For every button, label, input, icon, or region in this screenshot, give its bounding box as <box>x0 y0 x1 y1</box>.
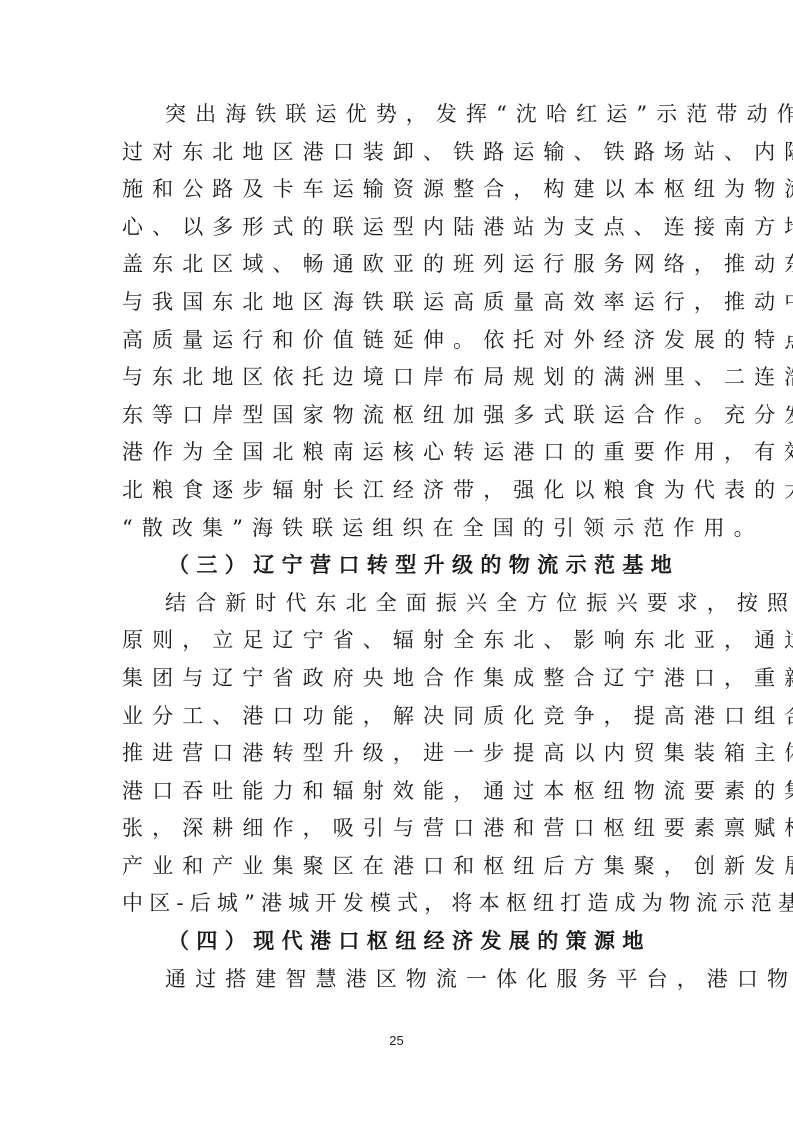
document-page: 突出海铁联运优势，发挥“沈哈红运”示范带动作用，通 过对东北地区港口装卸、铁路运… <box>0 0 793 1122</box>
paragraph-2-line-4: 业分工、港口功能，解决同质化竞争，提高港口组合优势。 <box>122 698 678 736</box>
paragraph-1-line-4: 心、以多形式的联运型内陆港站为支点、连接南方地区、覆 <box>122 209 678 247</box>
paragraph-2-line-5: 推进营口港转型升级，进一步提高以内贸集装箱主体的内贸 <box>122 735 678 773</box>
paragraph-1-line-10: 港作为全国北粮南运核心转运港口的重要作用，有效助推东 <box>122 434 678 472</box>
page-number: 25 <box>0 1033 793 1048</box>
paragraph-2-line-6: 港口吞吐能力和辐射效能，通过本枢纽物流要素的集聚和扩 <box>122 773 678 811</box>
paragraph-3-line-1: 通过搭建智慧港区物流一体化服务平台，港口物流枢纽 <box>122 961 678 999</box>
document-body: 突出海铁联运优势，发挥“沈哈红运”示范带动作用，通 过对东北地区港口装卸、铁路运… <box>122 96 678 998</box>
section-heading-4: （四）现代港口枢纽经济发展的策源地 <box>122 923 678 961</box>
paragraph-2-line-2: 原则，立足辽宁省、辐射全东北、影响东北亚，通过招商局 <box>122 622 678 660</box>
paragraph-1-line-2: 过对东北地区港口装卸、铁路运输、铁路场站、内陆物流设 <box>122 134 678 172</box>
paragraph-1-line-3: 施和公路及卡车运输资源整合，构建以本枢纽为物流组织中 <box>122 171 678 209</box>
section-heading-3: （三）辽宁营口转型升级的物流示范基地 <box>122 547 678 585</box>
paragraph-1-line-11: 北粮食逐步辐射长江经济带，强化以粮食为代表的大宗物资 <box>122 472 678 510</box>
paragraph-1-line-7: 高质量运行和价值链延伸。依托对外经济发展的特点，重点 <box>122 322 678 360</box>
paragraph-1-line-5: 盖东北区域、畅通欧亚的班列运行服务网络，推动东南沿海 <box>122 246 678 284</box>
paragraph-2-line-7: 张，深耕细作，吸引与营口港和营口枢纽要素禀赋相适应的 <box>122 810 678 848</box>
paragraph-1-line-12: “散改集”海铁联运组织在全国的引领示范作用。 <box>122 510 678 548</box>
paragraph-2-line-1: 结合新时代东北全面振兴全方位振兴要求，按照市场化 <box>122 585 678 623</box>
paragraph-1-line-6: 与我国东北地区海铁联运高质量高效率运行，推动中欧班列 <box>122 284 678 322</box>
paragraph-1-line-8: 与东北地区依托边境口岸布局规划的满洲里、二连浩特、丹 <box>122 359 678 397</box>
paragraph-2-line-9: 中区-后城”港城开发模式，将本枢纽打造成为物流示范基地。 <box>122 885 678 923</box>
paragraph-1-line-9: 东等口岸型国家物流枢纽加强多式联运合作。充分发挥营口 <box>122 397 678 435</box>
paragraph-2-line-8: 产业和产业集聚区在港口和枢纽后方集聚，创新发展“前港- <box>122 848 678 886</box>
paragraph-1-line-1: 突出海铁联运优势，发挥“沈哈红运”示范带动作用，通 <box>122 96 678 134</box>
paragraph-2-line-3: 集团与辽宁省政府央地合作集成整合辽宁港口，重新定位产 <box>122 660 678 698</box>
